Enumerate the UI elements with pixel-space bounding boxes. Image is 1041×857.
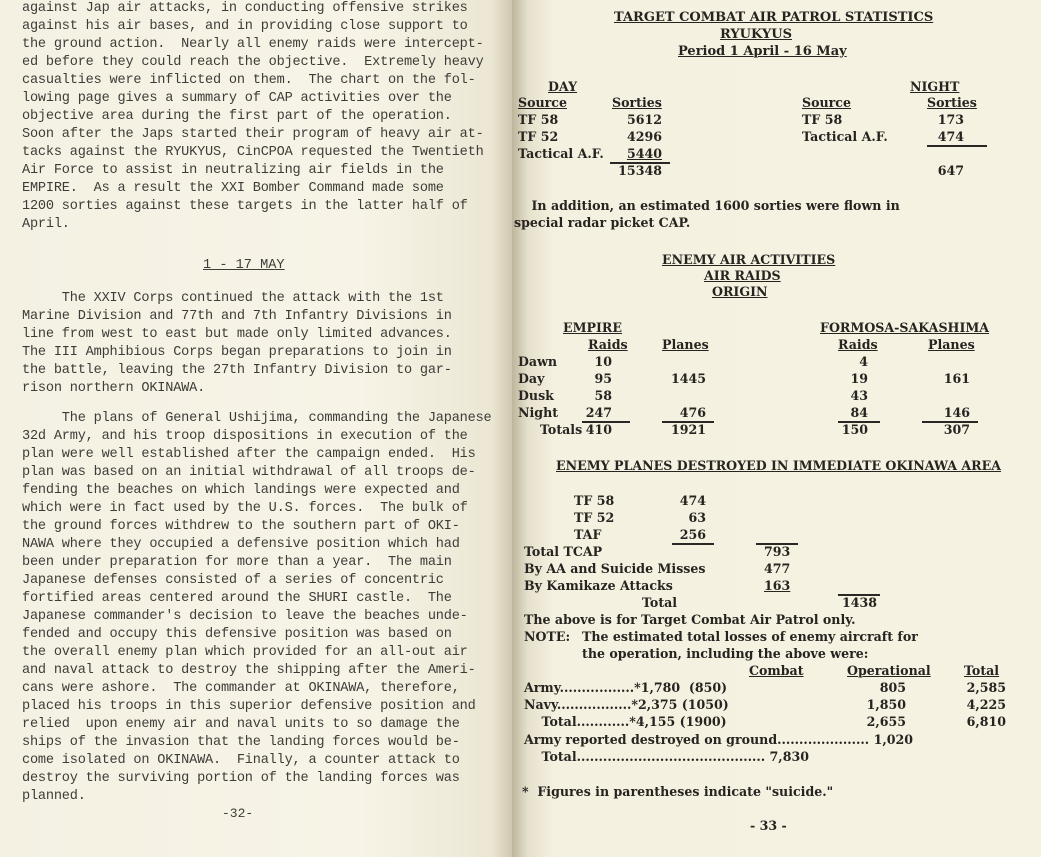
text-line: objective area during the first part of … (22, 108, 502, 126)
kamikaze-value: 163 (764, 578, 790, 593)
formosa-raids-total: 150 (832, 422, 868, 437)
aa-label: By AA and Suicide Misses (524, 561, 705, 576)
formosa-raids: 19 (832, 371, 868, 386)
enemy-air-title: ENEMY AIR ACTIVITIES (662, 252, 835, 267)
formosa-planes: 161 (922, 371, 970, 386)
day-sorties: 5612 (610, 112, 662, 127)
loss-operational: 805 (842, 680, 906, 695)
text-line: and naval attack to destroy the shipping… (22, 662, 502, 680)
text-line: The XXIV Corps continued the attack with… (22, 290, 502, 308)
text-line: fending the beaches on which landings we… (22, 482, 502, 500)
empire-planes: 1445 (662, 371, 706, 386)
text-line: 1200 sorties against these targets in th… (22, 198, 502, 216)
text-line: the ground action. Nearly all enemy raid… (22, 36, 502, 54)
text-line: come isolated on OKINAWA. Finally, a cou… (22, 752, 502, 770)
text-line: which were in fact used by the U.S. forc… (22, 500, 502, 518)
losses-col-combat: Combat (749, 663, 804, 678)
paragraph-xxiv-corps: The XXIV Corps continued the attack with… (22, 290, 502, 398)
text-line: tacks against the RYUKYUS, CinCPOA reque… (22, 144, 502, 162)
note-label: NOTE: (524, 629, 570, 644)
text-line: ed before they could reach the objective… (22, 54, 502, 72)
text-line: fortified areas centered around the SHUR… (22, 590, 502, 608)
night-source: TF 58 (802, 112, 842, 127)
right-page: TARGET COMBAT AIR PATROL STATISTICS RYUK… (512, 0, 1041, 857)
text-line: Air Force to assist in neutralizing air … (22, 162, 502, 180)
grand-total-label: Total (642, 595, 677, 610)
loss-total: 4,225 (942, 697, 1006, 712)
night-sorties: 173 (912, 112, 964, 127)
total-tcap-label: Total TCAP (524, 544, 602, 559)
text-line: Marine Division and 77th and 7th Infantr… (22, 308, 502, 326)
formosa-heading: FORMOSA-SAKASHIMA (820, 320, 989, 335)
text-line: the ground forces withdrew to the southe… (22, 518, 502, 536)
text-line: plan were well established after the cam… (22, 446, 502, 464)
destroyed-value: 256 (662, 527, 706, 542)
day-total: 15348 (610, 163, 662, 178)
tcap-title: TARGET COMBAT AIR PATROL STATISTICS (614, 10, 933, 25)
formosa-planes: 146 (922, 405, 970, 420)
period-label: Dusk (518, 388, 554, 403)
formosa-raids: 4 (832, 354, 868, 369)
text-line: cans were ashore. The commander at OKINA… (22, 680, 502, 698)
section-heading: 1 - 17 MAY (203, 258, 285, 273)
loss-total: 6,810 (942, 714, 1006, 729)
text-line: the battle, leaving the 27th Infantry Di… (22, 362, 502, 380)
text-line: The plans of General Ushijima, commandin… (22, 410, 502, 428)
text-line: lowing page gives a summary of CAP activ… (22, 90, 502, 108)
night-total-rule (927, 145, 987, 147)
destroyed-source: TF 52 (574, 510, 614, 525)
text-line: NAWA where they occupied a defensive pos… (22, 536, 502, 554)
air-raids-title: AIR RAIDS (704, 268, 781, 283)
tcap-period: Period 1 April - 16 May (678, 44, 847, 59)
formosa-planes-total: 307 (922, 422, 970, 437)
night-col-sorties: Sorties (927, 95, 977, 110)
formosa-col-planes: Planes (928, 337, 975, 352)
day-heading: DAY (548, 79, 577, 94)
losses-col-operational: Operational (847, 663, 931, 678)
page-number-left: -32- (222, 806, 253, 821)
text-line: The III Amphibious Corps began preparati… (22, 344, 502, 362)
text-line: been under preparation for more than a y… (22, 554, 502, 572)
text-line: special radar picket CAP. (514, 214, 900, 231)
grand-total-value: 1438 (842, 595, 877, 610)
loss-row-label: Total............*4,155 (1900) (524, 714, 727, 729)
night-source: Tactical A.F. (802, 129, 888, 144)
day-col-sorties: Sorties (612, 95, 662, 110)
text-line: fended and occupy this defensive positio… (22, 626, 502, 644)
text-line: line from west to east but made only lim… (22, 326, 502, 344)
text-line: EMPIRE. As a result the XXI Bomber Comma… (22, 180, 502, 198)
day-col-source: Source (518, 95, 567, 110)
empire-planes: 476 (662, 405, 706, 420)
text-line: the overall enemy plan which provided fo… (22, 644, 502, 662)
text-line: April. (22, 216, 502, 234)
loss-row-label: Navy.................*2,375 (1050) (524, 697, 729, 712)
loss-total: 2,585 (942, 680, 1006, 695)
empire-raids: 247 (572, 405, 612, 420)
period-label: Day (518, 371, 544, 386)
footnote: * Figures in parentheses indicate "suici… (522, 784, 833, 799)
text-line: relied upon enemy air and naval units to… (22, 716, 502, 734)
tcap-subtitle: RYUKYUS (720, 27, 792, 42)
text-line: ships of the invasion that the landing f… (22, 734, 502, 752)
night-total: 647 (912, 163, 964, 178)
text-line: plan was based on an initial withdrawal … (22, 464, 502, 482)
losses-col-total: Total (964, 663, 999, 678)
total-tcap-value: 793 (764, 544, 790, 559)
day-source: TF 52 (518, 129, 558, 144)
destroyed-title: ENEMY PLANES DESTROYED IN IMMEDIATE OKIN… (556, 458, 1001, 473)
text-line: destroy the surviving portion of the lan… (22, 770, 502, 788)
empire-raids-total: 410 (572, 422, 612, 437)
text-line: planned. (22, 788, 502, 806)
text-line: against his air bases, and in providing … (22, 18, 502, 36)
note-line-1: The estimated total losses of enemy airc… (582, 629, 918, 644)
text-line: casualties were inflicted on them. The c… (22, 72, 502, 90)
loss-row-label: Army.................*1,780 (850) (524, 680, 727, 695)
ground-destroyed-line: Army reported destroyed on ground.......… (524, 732, 913, 747)
day-source: Tactical A.F. (518, 146, 604, 161)
page-number-right: - 33 - (750, 818, 787, 833)
loss-operational: 1,850 (842, 697, 906, 712)
night-sorties: 474 (912, 129, 964, 144)
empire-heading: EMPIRE (563, 320, 622, 335)
paragraph-ushijima-plans: The plans of General Ushijima, commandin… (22, 410, 502, 806)
note-line-2: the operation, including the above were: (582, 646, 868, 661)
destroyed-value: 474 (662, 493, 706, 508)
day-sorties: 4296 (610, 129, 662, 144)
text-line: rison northern OKINAWA. (22, 380, 502, 398)
text-line: against Jap air attacks, in conducting o… (22, 0, 502, 18)
intro-paragraph: against Jap air attacks, in conducting o… (22, 0, 502, 234)
formosa-raids: 43 (832, 388, 868, 403)
final-total-line: Total...................................… (524, 749, 809, 764)
tcap-only-note: The above is for Target Combat Air Patro… (524, 612, 855, 627)
destroyed-source: TF 58 (574, 493, 614, 508)
destroyed-source: TAF (574, 527, 601, 542)
day-sorties: 5440 (610, 146, 662, 161)
text-line: 32d Army, and his troop dispositions in … (22, 428, 502, 446)
origin-title: ORIGIN (712, 284, 768, 299)
text-line: Soon after the Japs started their progra… (22, 126, 502, 144)
aa-value: 477 (764, 561, 790, 576)
text-line: In addition, an estimated 1600 sorties w… (514, 197, 900, 214)
text-line: Japanese commander's decision to leave t… (22, 608, 502, 626)
period-label: Dawn (518, 354, 557, 369)
formosa-col-raids: Raids (838, 337, 878, 352)
kamikaze-label: By Kamikaze Attacks (524, 578, 673, 593)
destroyed-value: 63 (662, 510, 706, 525)
empire-col-raids: Raids (588, 337, 628, 352)
formosa-raids: 84 (832, 405, 868, 420)
day-source: TF 58 (518, 112, 558, 127)
loss-operational: 2,655 (842, 714, 906, 729)
text-line: Japanese defenses consisted of a series … (22, 572, 502, 590)
night-col-source: Source (802, 95, 851, 110)
rule (672, 543, 714, 545)
empire-planes-total: 1921 (662, 422, 706, 437)
empire-raids: 95 (572, 371, 612, 386)
radar-picket-note: In addition, an estimated 1600 sorties w… (514, 197, 900, 231)
period-label: Night (518, 405, 558, 420)
left-page: against Jap air attacks, in conducting o… (0, 0, 512, 857)
text-line: placed his troops in this superior defen… (22, 698, 502, 716)
night-heading: NIGHT (910, 79, 959, 94)
empire-col-planes: Planes (662, 337, 709, 352)
empire-raids: 58 (572, 388, 612, 403)
empire-raids: 10 (572, 354, 612, 369)
